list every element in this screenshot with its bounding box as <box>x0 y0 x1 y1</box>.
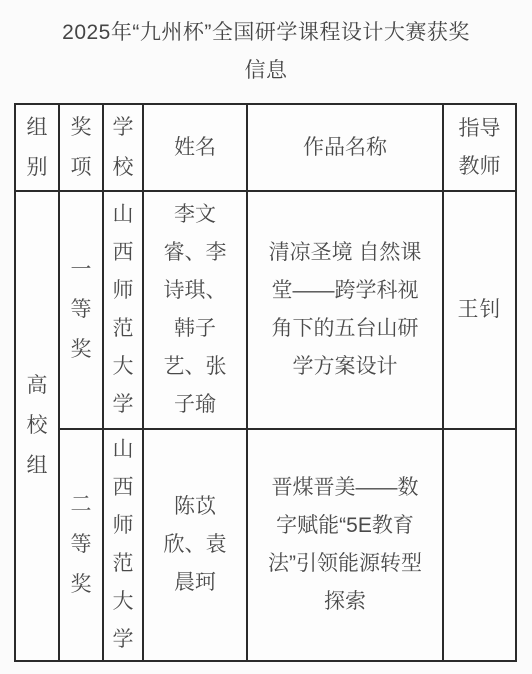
cell-group-label: 高校组 <box>15 191 59 661</box>
header-group: 组别 <box>15 104 59 191</box>
page-title: 2025年“九州杯”全国研学课程设计大赛获奖 信息 <box>0 14 532 90</box>
cell-names-1: 李文睿、李诗琪、韩子艺、张子瑜 <box>143 191 247 429</box>
cell-school-2: 山西师范大学 <box>103 429 143 661</box>
header-advisor: 指导教师 <box>443 104 516 191</box>
cell-work-2: 晋煤晋美——数字赋能“5E教育法”引领能源转型探索 <box>247 429 443 661</box>
cell-names-2: 陈苡欣、袁晨珂 <box>143 429 247 661</box>
page-title-line-2: 信息 <box>0 52 532 90</box>
table-row-second-prize: 二等奖 山西师范大学 陈苡欣、袁晨珂 晋煤晋美——数字赋能“5E教育法”引领能源… <box>15 429 516 661</box>
cell-advisor-1: 王钊 <box>443 191 516 429</box>
header-award: 奖项 <box>59 104 103 191</box>
header-school: 学校 <box>103 104 143 191</box>
header-row: 组别 奖项 学校 姓名 作品名称 指导教师 <box>15 104 516 191</box>
names-text-2: 陈苡欣、袁晨珂 <box>160 488 230 602</box>
work-text-2: 晋煤晋美——数字赋能“5E教育法”引领能源转型探索 <box>265 469 425 621</box>
header-work: 作品名称 <box>247 104 443 191</box>
cell-work-1: 清凉圣境 自然课堂——跨学科视角下的五台山研学方案设计 <box>247 191 443 429</box>
work-text-1: 清凉圣境 自然课堂——跨学科视角下的五台山研学方案设计 <box>265 234 425 386</box>
cell-advisor-2 <box>443 429 516 661</box>
names-text-1: 李文睿、李诗琪、韩子艺、张子瑜 <box>160 196 230 424</box>
page: 2025年“九州杯”全国研学课程设计大赛获奖 信息 组别 奖项 学校 姓名 作品… <box>0 0 532 674</box>
awards-table: 组别 奖项 学校 姓名 作品名称 指导教师 高校组 一等奖 山西师范大学 李文睿… <box>14 103 517 662</box>
cell-award-1: 一等奖 <box>59 191 103 429</box>
cell-award-2: 二等奖 <box>59 429 103 661</box>
header-name: 姓名 <box>143 104 247 191</box>
page-title-line-1: 2025年“九州杯”全国研学课程设计大赛获奖 <box>0 14 532 52</box>
table-row-first-prize: 高校组 一等奖 山西师范大学 李文睿、李诗琪、韩子艺、张子瑜 清凉圣境 自然课堂… <box>15 191 516 429</box>
cell-school-1: 山西师范大学 <box>103 191 143 429</box>
